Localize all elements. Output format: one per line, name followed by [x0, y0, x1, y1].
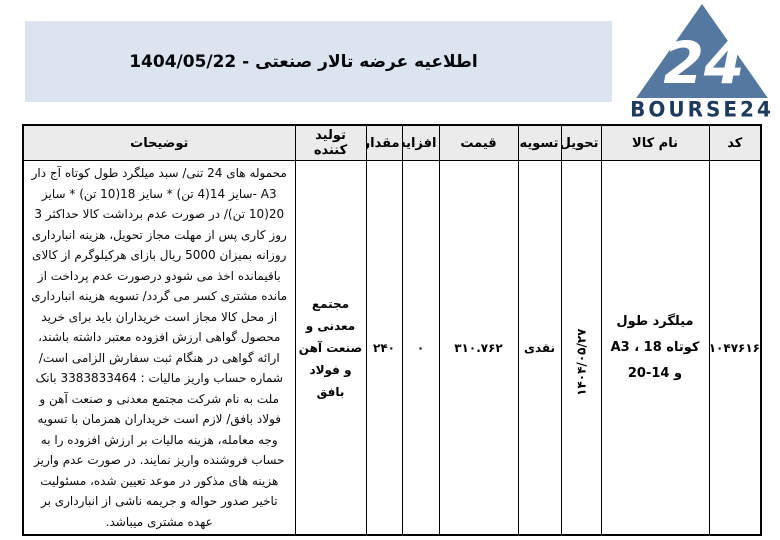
col-header-increase: افزایش: [402, 125, 439, 161]
cell-producer: مجتمع معدنی و صنعت آهن و فولاد بافق: [295, 161, 366, 536]
header-band: اطلاعیه عرضه تالار صنعتی - 1404/05/22: [25, 21, 612, 102]
col-header-code: کد: [709, 125, 761, 161]
col-header-producer: تولید کننده: [295, 125, 366, 161]
cell-delivery: ۱۴۰۴/۰۵/۲۷: [561, 161, 601, 536]
cell-description: محموله های 24 تنی/ سبد میلگرد طول کوتاه …: [23, 161, 295, 536]
cell-price: ۳۱۰.۷۶۲: [439, 161, 518, 536]
triangle-24-icon: 24: [636, 4, 768, 98]
delivery-date-rotated: ۱۴۰۴/۰۵/۲۷: [574, 328, 588, 367]
col-header-description: توضیحات: [23, 125, 295, 161]
cell-increase: ۰: [402, 161, 439, 536]
offer-table: کد نام کالا تحویل تسویه قیمت افزایش مقدا…: [22, 124, 762, 536]
bourse24-logo: 24 BOURSE24: [626, 4, 778, 119]
table-header-row: کد نام کالا تحویل تسویه قیمت افزایش مقدا…: [23, 125, 761, 161]
announcement-document: اطلاعیه عرضه تالار صنعتی - 1404/05/22 24…: [0, 0, 780, 540]
col-header-quantity: مقدار: [366, 125, 402, 161]
col-header-product-name: نام کالا: [601, 125, 709, 161]
page-title: اطلاعیه عرضه تالار صنعتی - 1404/05/22: [129, 52, 508, 72]
cell-settlement: نقدی: [518, 161, 561, 536]
cell-quantity: ۲۴۰: [366, 161, 402, 536]
logo-number: 24: [663, 29, 744, 97]
table-row: ۱۰۴۷۶۱۶ میلگرد طول کوتاه A3 ، 18 و 14-20…: [23, 161, 761, 536]
logo-brand-text: BOURSE24: [626, 98, 778, 120]
col-header-delivery: تحویل: [561, 125, 601, 161]
col-header-settlement: تسویه: [518, 125, 561, 161]
col-header-price: قیمت: [439, 125, 518, 161]
cell-product-name: میلگرد طول کوتاه A3 ، 18 و 14-20: [601, 161, 709, 536]
cell-code: ۱۰۴۷۶۱۶: [709, 161, 761, 536]
